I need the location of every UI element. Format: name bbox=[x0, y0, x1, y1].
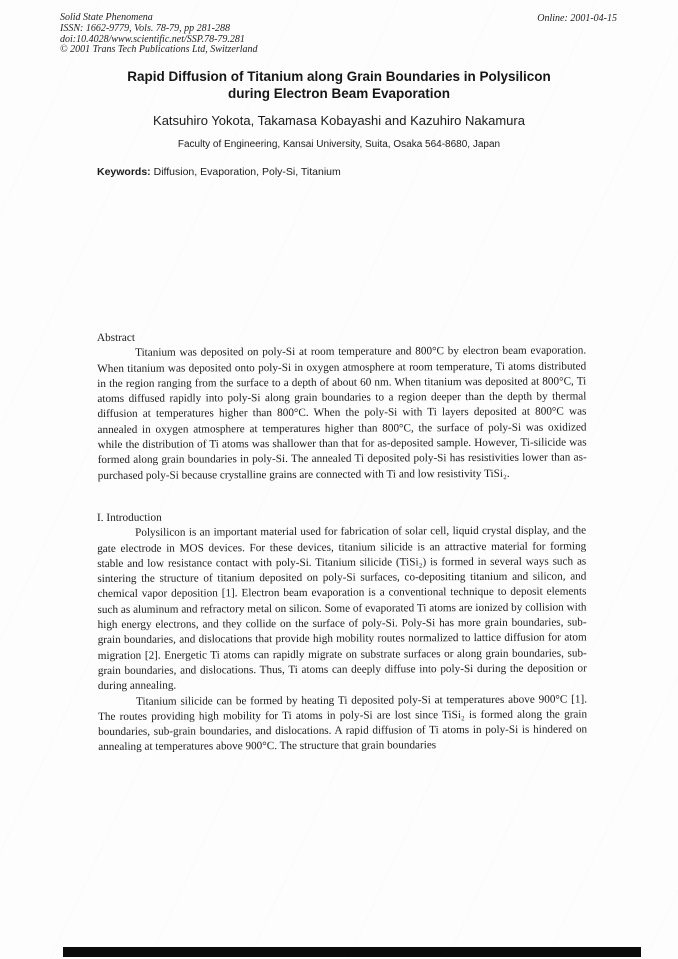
paper-title-line2: during Electron Beam Evaporation bbox=[0, 86, 678, 103]
keywords-text: Diffusion, Evaporation, Poly-Si, Titaniu… bbox=[151, 166, 341, 178]
introduction-paragraph-1: Polysilicon is an important material use… bbox=[97, 524, 587, 695]
authors: Katsuhiro Yokota, Takamasa Kobayashi and… bbox=[0, 113, 678, 128]
introduction-paragraph-2: Titanium silicide can be formed by heati… bbox=[98, 692, 587, 756]
journal-header: Solid State Phenomena ISSN: 1662-9779, V… bbox=[60, 13, 258, 56]
keywords-line: Keywords: Diffusion, Evaporation, Poly-S… bbox=[97, 166, 617, 178]
issn-line: ISSN: 1662-9779, Vols. 78-79, pp 281-288 bbox=[60, 24, 258, 35]
copyright-line: © 2001 Trans Tech Publications Ltd, Swit… bbox=[60, 45, 258, 56]
keywords-label: Keywords: bbox=[97, 166, 151, 178]
introduction-section: I. Introduction Polysilicon is an import… bbox=[97, 508, 587, 755]
paper-title-line1: Rapid Diffusion of Titanium along Grain … bbox=[0, 69, 678, 86]
affiliation: Faculty of Engineering, Kansai Universit… bbox=[0, 139, 678, 150]
scan-artifact-bar bbox=[63, 947, 641, 957]
paper-title: Rapid Diffusion of Titanium along Grain … bbox=[0, 69, 678, 102]
online-date: Online: 2001-04-15 bbox=[537, 13, 617, 24]
abstract-section: Abstract Titanium was deposited on poly-… bbox=[97, 328, 587, 484]
scanned-paper-page: Solid State Phenomena ISSN: 1662-9779, V… bbox=[0, 0, 678, 959]
page: * { margin: 0; padding: 0; box-sizing: b… bbox=[0, 0, 678, 959]
abstract-text: Titanium was deposited on poly-Si at roo… bbox=[97, 344, 587, 484]
